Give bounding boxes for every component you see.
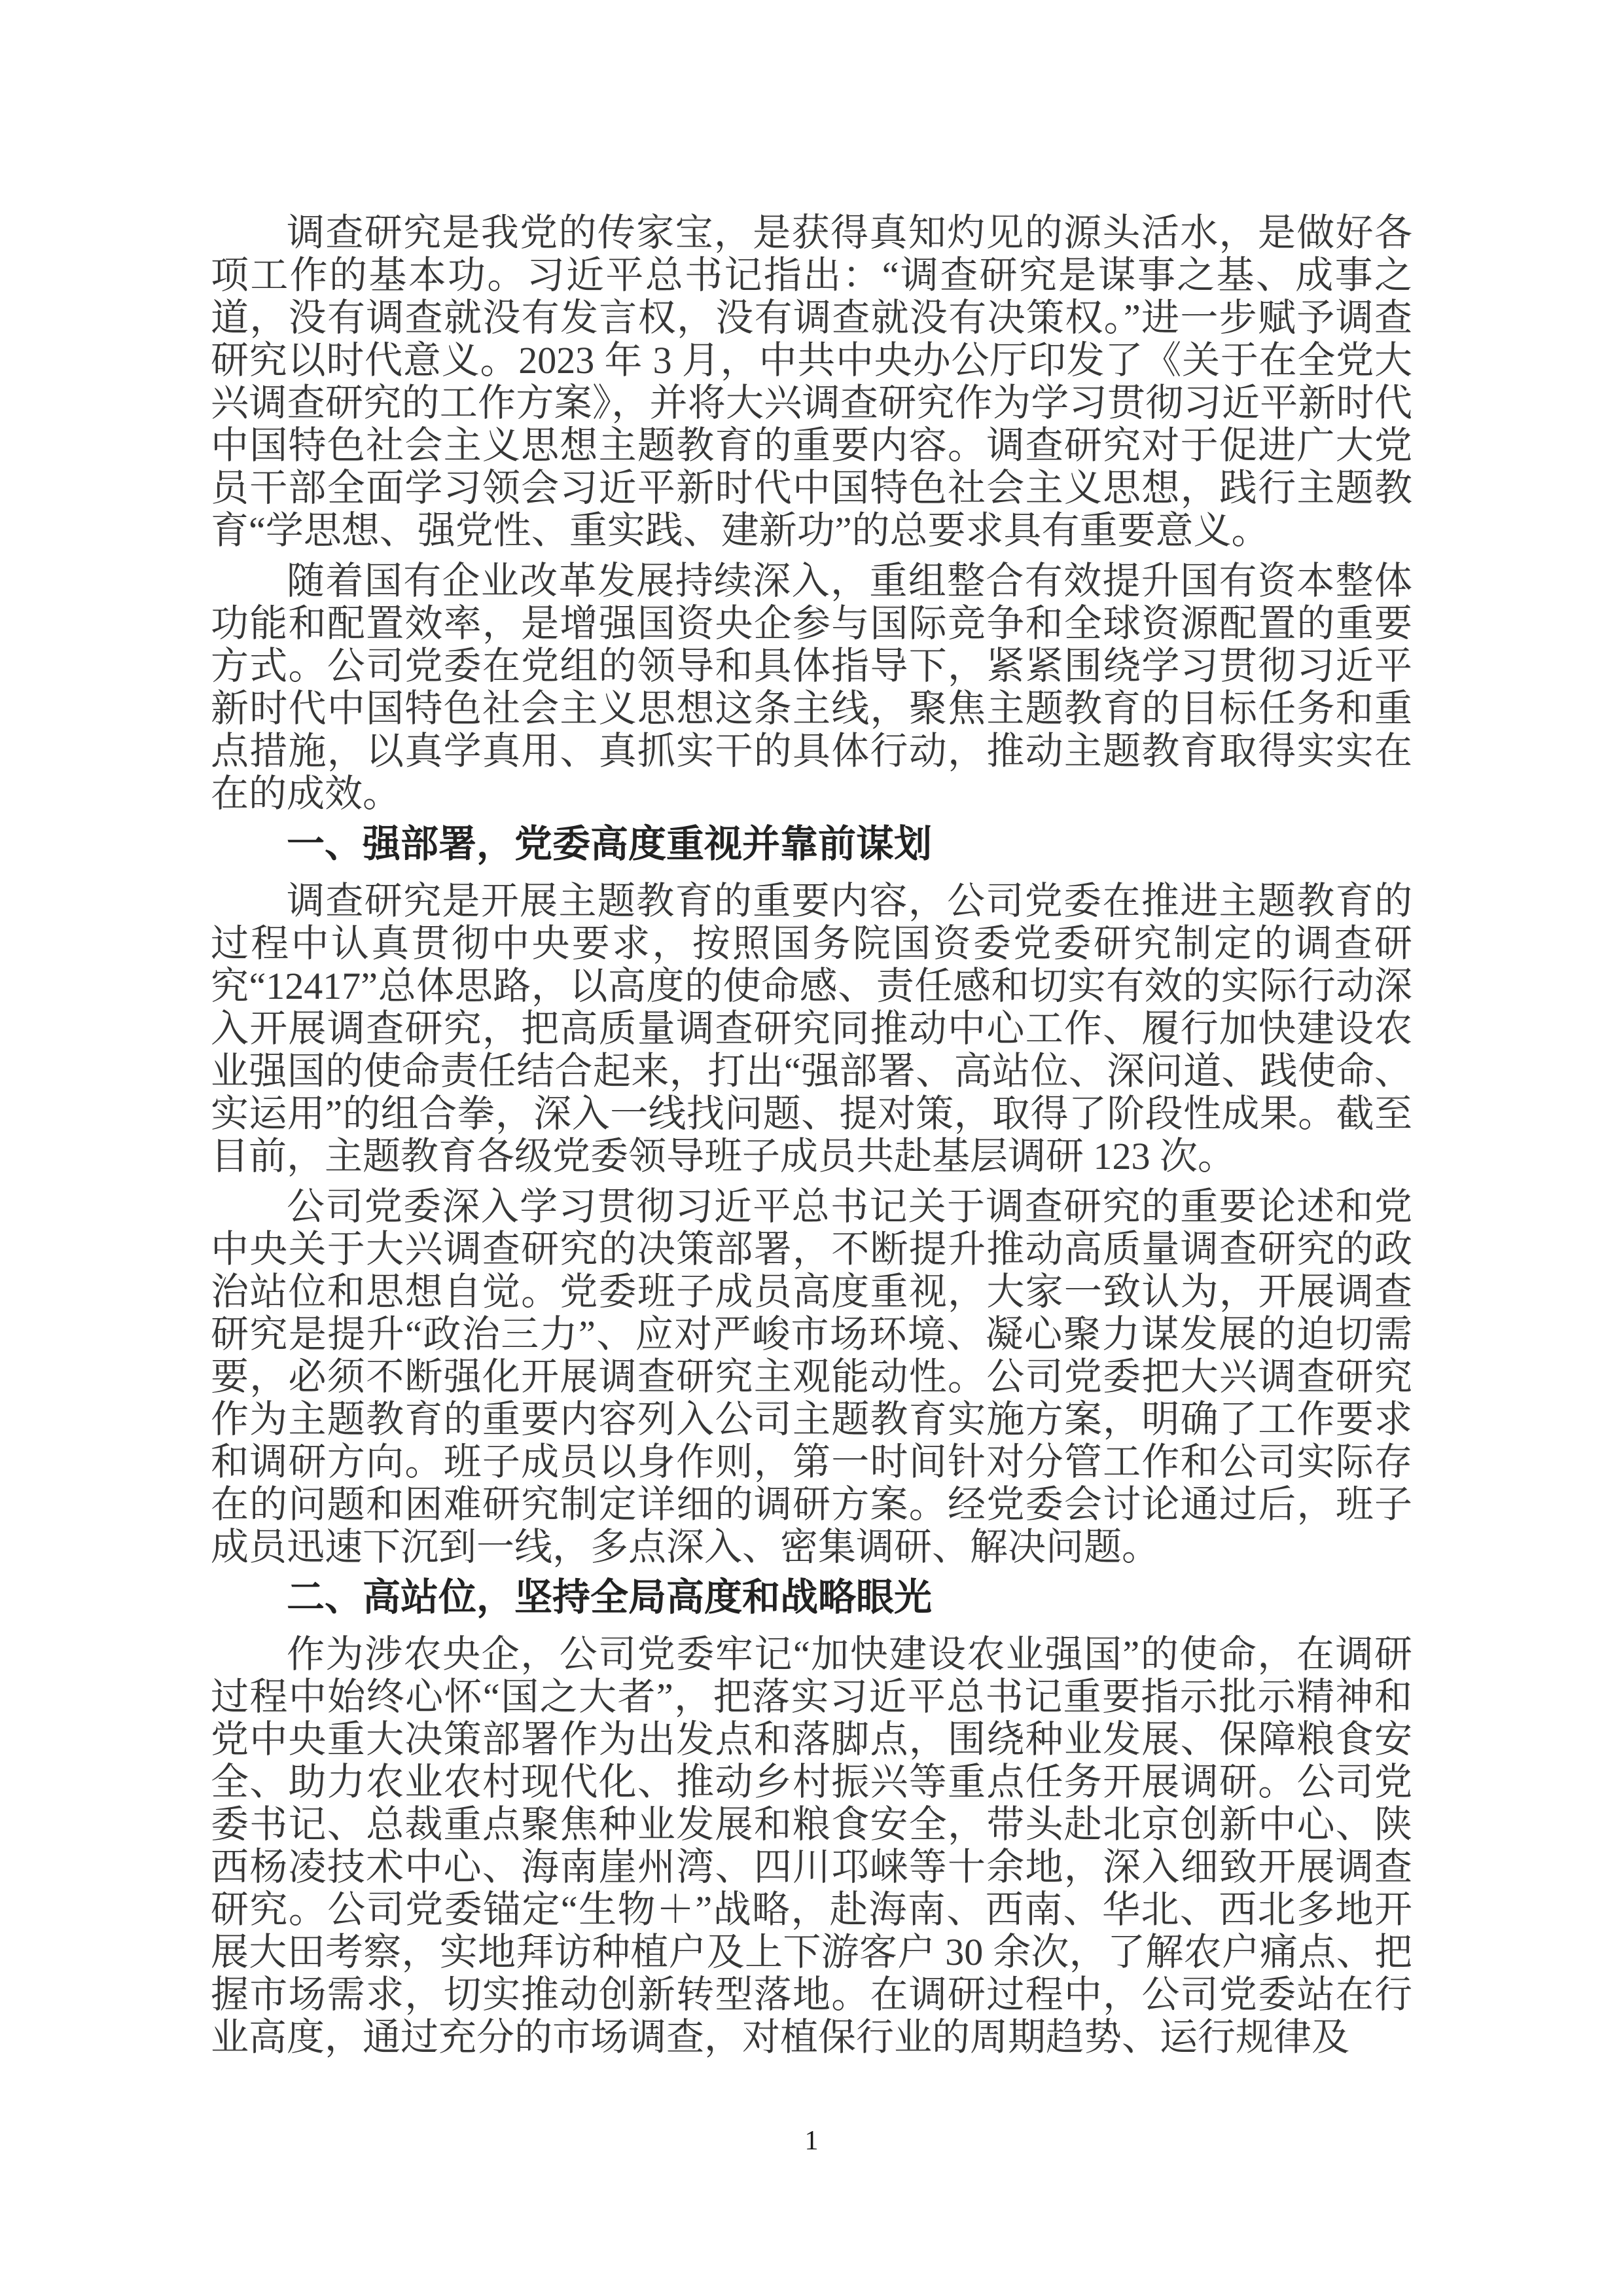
document-body: 调查研究是我党的传家宝，是获得真知灼见的源头活水，是做好各项工作的基本功。习近平… bbox=[211, 211, 1412, 2066]
paragraph-deployment-overview: 调查研究是开展主题教育的重要内容，公司党委在推进主题教育的过程中认真贯彻中央要求… bbox=[211, 880, 1412, 1177]
paragraph-soe-reform: 随着国有企业改革发展持续深入，重组整合有效提升国有资本整体功能和配置效率，是增强… bbox=[211, 560, 1412, 815]
document-page: 调查研究是我党的传家宝，是获得真知灼见的源头活水，是做好各项工作的基本功。习近平… bbox=[0, 0, 1623, 2296]
paragraph-party-committee-study: 公司党委深入学习贯彻习近平总书记关于调查研究的重要论述和党中央关于大兴调查研究的… bbox=[211, 1185, 1412, 1568]
paragraph-intro-investigation: 调查研究是我党的传家宝，是获得真知灼见的源头活水，是做好各项工作的基本功。习近平… bbox=[211, 211, 1412, 552]
section-heading-two: 二、高站位，坚持全局高度和战略眼光 bbox=[211, 1576, 1412, 1619]
section-heading-one: 一、强部署，党委高度重视并靠前谋划 bbox=[211, 823, 1412, 865]
paragraph-agriculture-mission: 作为涉农央企，公司党委牢记“加快建设农业强国”的使命，在调研过程中始终心怀“国之… bbox=[211, 1633, 1412, 2058]
page-number: 1 bbox=[0, 2125, 1623, 2157]
